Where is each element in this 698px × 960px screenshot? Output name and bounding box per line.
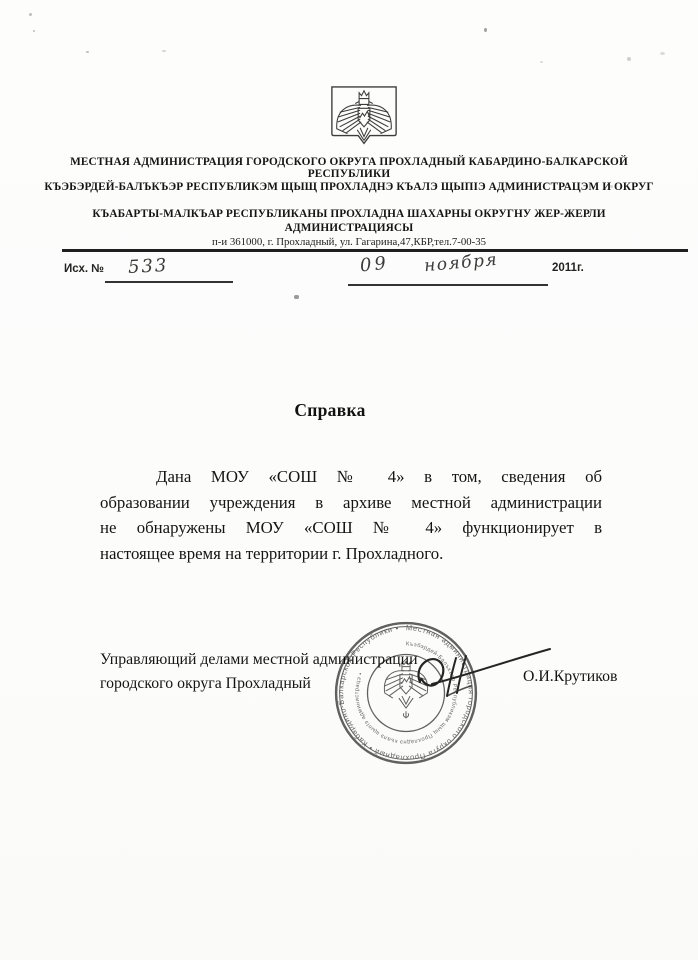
coat-of-arms-icon — [325, 84, 403, 156]
scanned-document-page: МЕСТНАЯ АДМИНИСТРАЦИЯ ГОРОДСКОГО ОКРУГА … — [0, 0, 698, 960]
letterhead-divider — [62, 249, 688, 252]
handwritten-signature — [402, 638, 567, 713]
scan-speck — [33, 30, 35, 32]
date-month-handwritten: ноября — [423, 250, 499, 276]
scan-speck — [660, 52, 665, 55]
date-day-handwritten: 09 — [359, 253, 390, 277]
scan-speck — [484, 28, 487, 32]
document-body: Дана МОУ «СОШ № 4» в том, сведения об об… — [100, 464, 602, 566]
letterhead-line-balkar: КЪАБАРТЫ-МАЛКЪАР РЕСПУБЛИКАНЫ ПРОХЛАДНА … — [30, 207, 668, 235]
document-title: Справка — [100, 400, 560, 421]
scan-speck — [162, 50, 166, 52]
scan-speck — [294, 295, 299, 299]
scan-speck — [29, 13, 32, 16]
body-line: не обнаружены МОУ «СОШ № 4» функционируе… — [100, 515, 602, 541]
scan-speck — [627, 57, 631, 61]
date-line — [348, 284, 548, 286]
letterhead-line-russian: МЕСТНАЯ АДМИНИСТРАЦИЯ ГОРОДСКОГО ОКРУГА … — [30, 156, 668, 180]
letterhead-address: п-и 361000, г. Прохладный, ул. Гагарина,… — [30, 236, 668, 248]
letterhead-line-balkar-2: АДМИНИСТРАЦИЯСЫ — [30, 221, 668, 235]
scan-speck — [540, 61, 543, 63]
date-year-label: 2011г. — [552, 262, 584, 274]
body-line: настоящее время на территории г. Прохлад… — [100, 541, 602, 567]
outgoing-number-handwritten: 533 — [127, 255, 168, 278]
body-line: Дана МОУ «СОШ № 4» в том, сведения об — [100, 464, 602, 490]
letterhead-line-kabardian: КЪЭБЭРДЕЙ-БАЛЪКЪЭР РЕСПУБЛИКЭМ ЩЫЩ ПРОХЛ… — [30, 181, 668, 193]
outgoing-number-line — [105, 281, 233, 283]
scan-speck — [86, 51, 89, 53]
letterhead-line-balkar-1: КЪАБАРТЫ-МАЛКЪАР РЕСПУБЛИКАНЫ ПРОХЛАДНА … — [30, 207, 668, 221]
body-line: образовании учреждения в архиве местной … — [100, 490, 602, 516]
outgoing-number-label: Исх. № — [64, 263, 104, 275]
